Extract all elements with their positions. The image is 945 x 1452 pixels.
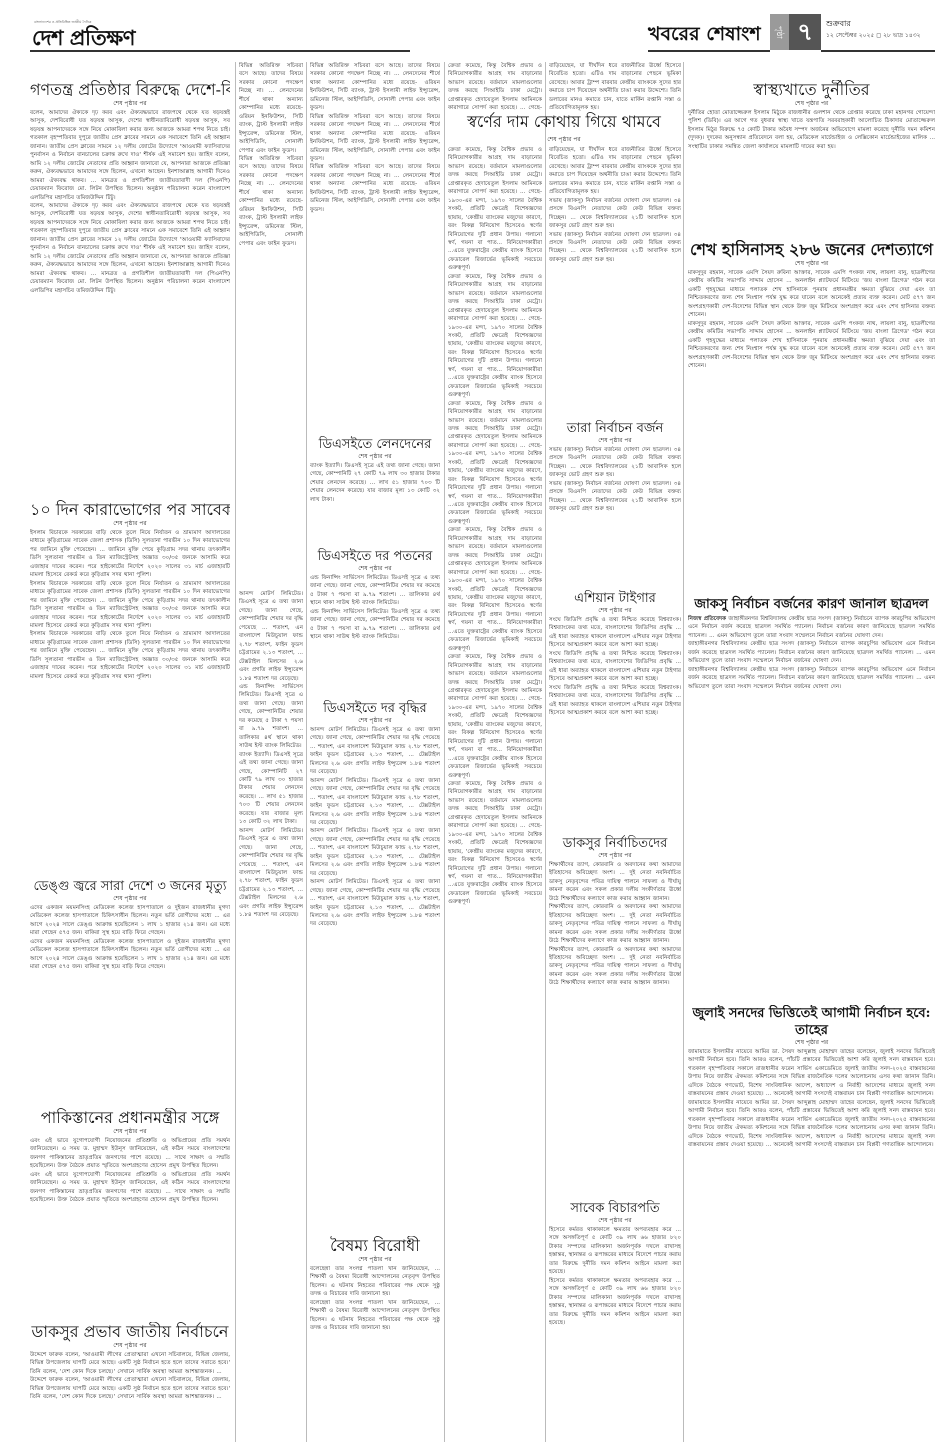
article-headline: পাকিস্তানের প্রধানমন্ত্রীর সঙ্গে [30, 1108, 230, 1128]
masthead: বাংলাদেশের ও প্রতিবিম্বিত জাতীয় দৈনিক দ… [0, 20, 945, 52]
article-byline: শেষ পৃষ্ঠার পর [30, 520, 230, 528]
article-byline: শেষ পৃষ্ঠার পর [549, 852, 681, 860]
article-headline: ডিএসইতে লেনদেনের [310, 436, 440, 453]
article-byline: শেষ পৃষ্ঠার পর [448, 136, 680, 144]
article-body: ক্রেতা কমেছে, কিন্তু বৈশ্বিক প্রভাব ও বি… [448, 62, 542, 112]
article-gold-headline: স্বর্ণের দাম কোথায় গিয়ে থামবে [448, 112, 680, 138]
article-body: হিসেবে কর্মরত থাকাকালে ক্ষমতার অপব্যবহার… [549, 1226, 681, 1327]
article-body: দুর্নীতির হোতা মোতাজ্জেরুল ইসলাম মিঠুকে … [688, 109, 935, 151]
article-headline: ডেঙ্গু জ্বরে সারা দেশে ৩ জনের মৃত্যু [30, 878, 230, 895]
column-divider [235, 62, 236, 1442]
article-headline: জুলাই সনদের ভিত্তিতেই আগামী নির্বাচন হবে… [688, 1005, 935, 1039]
article-headline: ডিএসইতে দর পতনের [310, 548, 440, 565]
article-body: শিক্ষার্থীদের ত্যাগ, কোরবানি ও অবদানের ক… [549, 861, 681, 988]
article-body: জামায়াতে ইসলামীর নায়েবে আমির ডা. সৈয়দ… [688, 1048, 935, 1149]
article-dse-transactions: ডিএসইতে লেনদেনের শেষ পৃষ্ঠার পর ব্যাংক ই… [310, 436, 440, 546]
article-byline: শেষ পৃষ্ঠার পর [688, 100, 935, 108]
article-body: ক্রেতা কমেছে, কিন্তু বৈশ্বিক প্রভাব ও বি… [448, 146, 542, 907]
article-body: বিভিন্ন অতিরিক্ত সচিবরা বসে আছে। তাদের ব… [239, 62, 303, 248]
article-body: এবং এই ভাবে যুগোপযোগী নিয়োজনের প্রতিশ্র… [30, 1137, 230, 1205]
article-headline: তারা নির্বাচন বর্জন [549, 420, 681, 437]
article-body: উদ্দেশে ফারুক বলেন, 'আওয়ামী লীগের প্রেত… [30, 1351, 230, 1402]
article-body: আনন্দ মোটর্স লিমিটেড। ডিএসই সূত্রে এ তথ্… [310, 726, 440, 929]
article-headline: ডাকসুর প্রভাব জাতীয় নির্বাচনে [30, 1322, 230, 1342]
article-body: এদের একজন ময়মনসিংহ মেডিকেল কলেজ হাসপাতা… [30, 904, 230, 972]
article-headline: গণতন্ত্র প্রতিষ্ঠার বিরুদ্ধে দেশে-বিদেশে [30, 80, 230, 100]
newspaper-page: বাংলাদেশের ও প্রতিবিম্বিত জাতীয় দৈনিক দ… [0, 0, 945, 1452]
article-body: বাড়িয়েছেন, যা দীর্ঘদিন ধরে রাজনীতির ঊর… [549, 62, 681, 112]
article-byline: শেষ পৃষ্ঠার পর [549, 1217, 681, 1225]
article-ducsu-influence: ডাকসুর প্রভাব জাতীয় নির্বাচনে শেষ পৃষ্ঠ… [30, 1322, 230, 1442]
article-headline: ১০ দিন কারাভোগের পর সাবেক ডিসি [30, 500, 230, 520]
article-headline: শেখ হাসিনাসহ ২৮৬ জনের দেশত্যাগে [688, 240, 935, 260]
article-body: ব্যাংক ইত্যাদি। ডিএসই সূত্রে এই তথ্য জান… [310, 462, 440, 504]
article-body: বাড়িয়েছেন, যা দীর্ঘদিন ধরে রাজনীতির ঊর… [549, 146, 681, 264]
article-body: এন্ড ফিনান্সিং সার্ভিসেস লিমিটেড। ডিএসই … [310, 574, 440, 642]
article-byline: শেষ পৃষ্ঠার পর [30, 1342, 230, 1350]
page-label: পৃষ্ঠা [770, 14, 789, 50]
page-number: ৭ [789, 14, 821, 50]
article-democracy: গণতন্ত্র প্রতিষ্ঠার বিরুদ্ধে দেশে-বিদেশে… [30, 80, 230, 500]
article-body: বিভিন্ন অতিরিক্ত সচিবরা বসে আছে। তাদের ব… [310, 62, 440, 214]
masthead-rule-left [30, 50, 410, 52]
article-capital-market-cont: আনন্দ মোটর্স লিমিটেড। ডিএসই সূত্রে এ তথ্… [239, 590, 303, 1430]
article-byline: শেষ পৃষ্ঠার পর [310, 565, 440, 573]
article-headline: জাকসু নির্বাচন বর্জনের কারণ জানাল ছাত্রদ… [688, 595, 935, 615]
article-byline: শেষ পৃষ্ঠার পর [688, 260, 935, 268]
article-inequality: বৈষম্য বিরোধী শেষ পৃষ্ঠার পর বলেছেন্না ত… [310, 1236, 440, 1442]
article-asian-tigers: এশিয়ান টাইগার শেষ পৃষ্ঠার পর সংঘে জিডিপ… [549, 590, 681, 830]
column-divider [306, 62, 307, 1442]
article-dse-fall: ডিএসইতে দর পতনের শেষ পৃষ্ঠার পর এন্ড ফিন… [310, 548, 440, 698]
article-body: বলেছেন্না তার সংলগ্ন পাতলা খান জানিয়েছে… [310, 1265, 440, 1333]
column-divider [444, 62, 445, 1442]
article-byline: শেষ পৃষ্ঠার পর [310, 1256, 440, 1264]
article-byline: শেষ পৃষ্ঠার পর [30, 895, 230, 903]
article-headline: ডাকসুর নির্বাচিতদের [549, 835, 681, 852]
article-byline: শেষ পৃষ্ঠার পর [310, 717, 440, 725]
article-body: নিজস্ব প্রতিবেদক জাহাঙ্গীরনগর বিশ্ববিদ্য… [688, 615, 935, 691]
article-byline: শেষ পৃষ্ঠার পর [30, 100, 230, 108]
article-byline: শেষ পৃষ্ঠার পর [30, 1128, 230, 1136]
section-title: খবরের শেষাংশ [648, 20, 761, 52]
article-dengue: ডেঙ্গু জ্বরে সারা দেশে ৩ জনের মৃত্যু শেষ… [30, 878, 230, 1108]
article-byline: শেষ পৃষ্ঠার পর [310, 453, 440, 461]
article-headline: স্বাস্থ্যখাতে দুর্নীতির [688, 80, 935, 100]
article-ex-judge: সাবেক বিচারপতি শেষ পৃষ্ঠার পর হিসেবে কর্… [549, 1200, 681, 1442]
article-capital-market: বিভিন্ন অতিরিক্ত সচিবরা বসে আছে। তাদের ব… [239, 62, 303, 592]
issue-date: ১২ সেপ্টেম্বর ২০২৫ ◻ ২৮ ভাদ্র ১৪৩২ [826, 30, 921, 41]
article-body: সভায় (জাকসু) নির্বাচন বর্জনের ঘোষণা দেন… [549, 446, 681, 514]
article-headline: এশিয়ান টাইগার [549, 590, 681, 607]
article-voters-boycott: তারা নির্বাচন বর্জন শেষ পৃষ্ঠার পর সভায়… [549, 420, 681, 590]
column-divider [545, 62, 546, 1442]
article-headline: ডিএসইতে দর বৃদ্ধির [310, 700, 440, 717]
column-divider [683, 62, 684, 1442]
masthead-rule-right [821, 50, 935, 52]
article-byline: শেষ পৃষ্ঠার পর [688, 1039, 935, 1047]
article-gold-body: ক্রেতা কমেছে, কিন্তু বৈশ্বিক প্রভাব ও বি… [448, 146, 542, 1442]
article-sheikh-hasina-286: শেখ হাসিনাসহ ২৮৬ জনের দেশত্যাগে শেষ পৃষ্… [688, 240, 935, 590]
article-jucsu-boycott: জাকসু নির্বাচন বর্জনের কারণ জানাল ছাত্রদ… [688, 595, 935, 1005]
article-body: সংঘে জিডিপি প্রবৃদ্ধি ও তথ্য নিশ্চিত করে… [549, 616, 681, 717]
article-capital-market-2: বিভিন্ন অতিরিক্ত সচিবরা বসে আছে। তাদের ব… [310, 62, 440, 434]
article-gold-right: বাড়িয়েছেন, যা দীর্ঘদিন ধরে রাজনীতির ঊর… [549, 62, 681, 112]
article-byline: নিজস্ব প্রতিবেদক [688, 616, 726, 622]
article-headline: স্বর্ণের দাম কোথায় গিয়ে থামবে [448, 112, 680, 132]
article-former-dc: ১০ দিন কারাভোগের পর সাবেক ডিসি শেষ পৃষ্ঠ… [30, 500, 230, 840]
article-headline: সাবেক বিচারপতি [549, 1200, 681, 1217]
article-ducsu-elected: ডাকসুর নির্বাচিতদের শেষ পৃষ্ঠার পর শিক্ষ… [549, 835, 681, 1195]
article-byline: শেষ পৃষ্ঠার পর [549, 607, 681, 615]
article-gold-byline: শেষ পৃষ্ঠার পর [448, 136, 680, 146]
masthead-rule-mid [648, 50, 770, 52]
article-july-charter: জুলাই সনদের ভিত্তিতেই আগামী নির্বাচন হবে… [688, 1005, 935, 1442]
article-body: ইসলাম বিচারকে সরকারের বাড়ি থেকে তুলে নি… [30, 529, 230, 681]
article-pakistan-pm: পাকিস্তানের প্রধানমন্ত্রীর সঙ্গে শেষ পৃষ… [30, 1108, 230, 1318]
article-body: আনন্দ মোটর্স লিমিটেড। ডিএসই সূত্রে এ তথ্… [239, 590, 303, 920]
article-body: বলেন, আমাদের ঐক্যকে দৃঢ় করব এবং ঐক্যবদ্… [30, 109, 230, 295]
article-byline: শেষ পৃষ্ঠার পর [549, 437, 681, 445]
article-body: মাকসুদুর রহমান, সাবেক এমপি সৈয়দ রুবিনা … [688, 269, 935, 370]
article-gold-intro: ক্রেতা কমেছে, কিন্তু বৈশ্বিক প্রভাব ও বি… [448, 62, 542, 112]
article-headline: বৈষম্য বিরোধী [310, 1236, 440, 1256]
article-dse-rise: ডিএসইতে দর বৃদ্ধির শেষ পৃষ্ঠার পর আনন্দ … [310, 700, 440, 1230]
article-health-corruption: স্বাস্থ্যখাতে দুর্নীতির শেষ পৃষ্ঠার পর দ… [688, 80, 935, 240]
